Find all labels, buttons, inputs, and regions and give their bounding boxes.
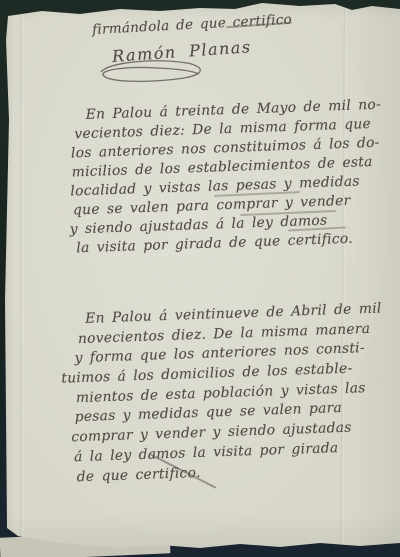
manuscript-photo: firmándola de que certifico Ramón Planas…	[0, 0, 400, 557]
closing-certification-line: firmándola de que certifico	[92, 10, 323, 38]
signature-rubric-flourish	[95, 56, 215, 88]
paper-fold-crease-left	[20, 0, 24, 557]
paragraph-april-29-entry: En Palou á veintinueve de Abril de mil n…	[61, 300, 388, 488]
paragraph-may-30-entry: En Palou á treinta de Mayo de mil no- ve…	[69, 97, 386, 260]
manuscript-paper-sheet: firmándola de que certifico Ramón Planas…	[0, 0, 400, 557]
